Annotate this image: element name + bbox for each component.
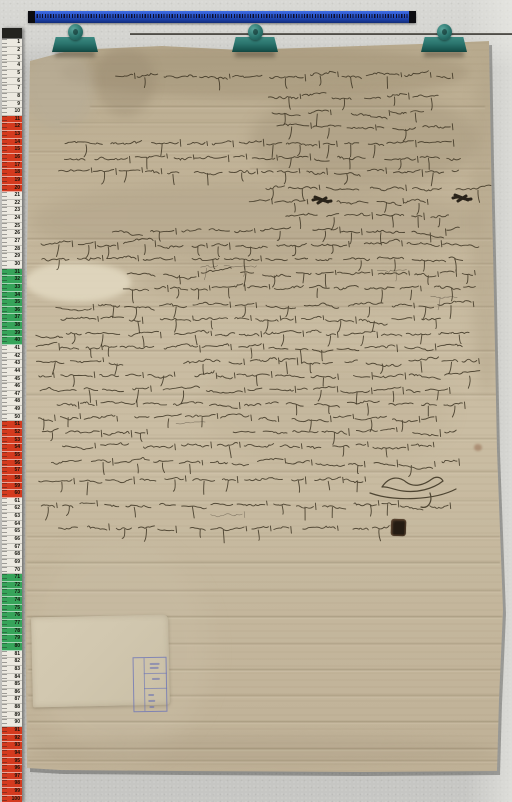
tape-number-cell: 62 bbox=[2, 505, 22, 513]
tape-tick-marks bbox=[2, 589, 7, 596]
tape-number-cell: 88 bbox=[2, 704, 22, 712]
tape-tick-marks bbox=[2, 314, 7, 321]
tape-tick-marks bbox=[2, 253, 7, 260]
tape-tick-marks bbox=[2, 207, 7, 214]
tape-number-cell: 8 bbox=[2, 93, 22, 101]
tape-tick-marks bbox=[2, 544, 7, 551]
stamp-character-mark bbox=[150, 663, 160, 665]
tape-number-cell: 35 bbox=[2, 299, 22, 307]
tape-number-cell: 45 bbox=[2, 376, 22, 384]
tape-tick-marks bbox=[2, 505, 7, 512]
tape-tick-marks bbox=[2, 299, 7, 306]
tape-number-cell: 30 bbox=[2, 261, 22, 269]
ruler-end-cap bbox=[409, 11, 416, 23]
clip-knob bbox=[437, 24, 452, 40]
tape-tick-marks bbox=[2, 101, 7, 108]
tape-tick-marks bbox=[2, 223, 7, 230]
tape-tick-marks bbox=[2, 727, 7, 734]
tape-tick-marks bbox=[2, 666, 7, 673]
tape-number-cell: 33 bbox=[2, 284, 22, 292]
tape-tick-marks bbox=[2, 490, 7, 497]
tape-tick-marks bbox=[2, 780, 7, 787]
stamp-character-mark bbox=[149, 706, 154, 708]
tape-number-cell: 1 bbox=[2, 39, 22, 47]
paper-crease bbox=[26, 394, 497, 397]
tape-number-cell: 58 bbox=[2, 475, 22, 483]
tape-number-cell: 59 bbox=[2, 483, 22, 491]
tape-tick-marks bbox=[2, 513, 7, 520]
tape-tick-marks bbox=[2, 628, 7, 635]
tape-tick-marks bbox=[2, 704, 7, 711]
tape-tick-marks bbox=[2, 788, 7, 795]
tape-tick-marks bbox=[2, 169, 7, 176]
tape-number-cell: 100 bbox=[2, 796, 22, 802]
tape-tick-marks bbox=[2, 689, 7, 696]
tape-tick-marks bbox=[2, 368, 7, 375]
paper-stain bbox=[25, 262, 131, 302]
tape-number-cell: 5 bbox=[2, 70, 22, 78]
tape-number-cell: 95 bbox=[2, 758, 22, 766]
tape-tick-marks bbox=[2, 597, 7, 604]
tape-tick-marks bbox=[2, 391, 7, 398]
tape-number-cell: 74 bbox=[2, 597, 22, 605]
tape-number-cell: 65 bbox=[2, 528, 22, 536]
tape-tick-marks bbox=[2, 383, 7, 390]
tape-number-cell: 83 bbox=[2, 666, 22, 674]
tape-number-cell: 51 bbox=[2, 421, 22, 429]
tape-number-cell: 79 bbox=[2, 635, 22, 643]
tape-number-cell: 53 bbox=[2, 437, 22, 445]
tape-tick-marks bbox=[2, 85, 7, 92]
tape-number-cell: 23 bbox=[2, 207, 22, 215]
tape-tick-marks bbox=[2, 47, 7, 54]
paper-crease bbox=[60, 122, 300, 125]
tape-number-cell: 61 bbox=[2, 498, 22, 506]
tape-number-cell: 37 bbox=[2, 314, 22, 322]
tape-number-cell: 17 bbox=[2, 162, 22, 170]
tape-number-cell: 46 bbox=[2, 383, 22, 391]
tape-number-cell: 34 bbox=[2, 292, 22, 300]
tape-number-cell: 3 bbox=[2, 55, 22, 63]
tape-number-cell: 47 bbox=[2, 391, 22, 399]
tape-number-cell: 22 bbox=[2, 200, 22, 208]
tape-number-cell: 92 bbox=[2, 735, 22, 743]
paper-stain bbox=[200, 350, 450, 470]
tape-tick-marks bbox=[2, 154, 7, 161]
tape-tick-marks bbox=[2, 376, 7, 383]
tape-number-cell: 78 bbox=[2, 628, 22, 636]
tape-tick-marks bbox=[2, 758, 7, 765]
tape-tick-marks bbox=[2, 246, 7, 253]
tape-number-cell: 14 bbox=[2, 139, 22, 147]
tape-tick-marks bbox=[2, 735, 7, 742]
tape-number-cell: 40 bbox=[2, 337, 22, 345]
tape-number-cell: 68 bbox=[2, 551, 22, 559]
tape-number-cell: 6 bbox=[2, 78, 22, 86]
tape-number-cell: 90 bbox=[2, 719, 22, 727]
paper-stain bbox=[28, 182, 483, 262]
tape-number-cell: 16 bbox=[2, 154, 22, 162]
tape-number-cell: 42 bbox=[2, 353, 22, 361]
paper-crease bbox=[26, 263, 494, 266]
tape-tick-marks bbox=[2, 238, 7, 245]
tape-number-cell: 44 bbox=[2, 368, 22, 376]
tape-number-cell: 99 bbox=[2, 788, 22, 796]
tape-tick-marks bbox=[2, 429, 7, 436]
paper-crease bbox=[27, 590, 501, 593]
tape-number-cell: 15 bbox=[2, 146, 22, 154]
tape-tick-marks bbox=[2, 612, 7, 619]
tape-tick-marks bbox=[2, 437, 7, 444]
tape-number-cell: 76 bbox=[2, 612, 22, 620]
paper-stain bbox=[474, 444, 482, 451]
tape-number-cell: 12 bbox=[2, 123, 22, 131]
paper-crease bbox=[27, 562, 500, 565]
tape-number-cell: 77 bbox=[2, 620, 22, 628]
tape-tick-marks bbox=[2, 116, 7, 123]
tape-tick-marks bbox=[2, 177, 7, 184]
tape-tick-marks bbox=[2, 39, 7, 46]
tape-tick-marks bbox=[2, 551, 7, 558]
tape-tick-marks bbox=[2, 284, 7, 291]
paper-crease bbox=[90, 106, 485, 109]
clip-knob bbox=[248, 24, 263, 40]
tape-number-cell: 13 bbox=[2, 131, 22, 139]
tape-tick-marks bbox=[2, 78, 7, 85]
tape-tick-marks bbox=[2, 773, 7, 780]
tape-tick-marks bbox=[2, 559, 7, 566]
tape-number-cell: 66 bbox=[2, 536, 22, 544]
tape-number-cell: 67 bbox=[2, 544, 22, 552]
tape-number-cell: 7 bbox=[2, 85, 22, 93]
tape-number-cell: 27 bbox=[2, 238, 22, 246]
tape-number-cell: 50 bbox=[2, 414, 22, 422]
tape-tick-marks bbox=[2, 337, 7, 344]
photograph-of-manuscript: 1234567891011121314151617181920212223242… bbox=[0, 0, 512, 802]
tape-number-cell: 55 bbox=[2, 452, 22, 460]
tape-number-cell: 60 bbox=[2, 490, 22, 498]
seal-stamp bbox=[391, 519, 407, 537]
tape-tick-marks bbox=[2, 582, 7, 589]
tape-tick-marks bbox=[2, 567, 7, 574]
tape-number-cell: 43 bbox=[2, 360, 22, 368]
tape-tick-marks bbox=[2, 658, 7, 665]
tape-number-cell: 26 bbox=[2, 230, 22, 238]
tape-number-cell: 19 bbox=[2, 177, 22, 185]
tape-tick-marks bbox=[2, 131, 7, 138]
tape-tick-marks bbox=[2, 123, 7, 130]
tape-number-cell: 86 bbox=[2, 689, 22, 697]
tape-tick-marks bbox=[2, 421, 7, 428]
tape-number-cell: 64 bbox=[2, 521, 22, 529]
tape-tick-marks bbox=[2, 414, 7, 421]
tape-tick-marks bbox=[2, 353, 7, 360]
tape-tick-marks bbox=[2, 230, 7, 237]
tape-number-cell: 32 bbox=[2, 276, 22, 284]
tape-number-cell: 54 bbox=[2, 444, 22, 452]
tape-number-cell: 31 bbox=[2, 269, 22, 277]
tape-tick-marks bbox=[2, 674, 7, 681]
tape-tick-marks bbox=[2, 406, 7, 413]
tape-number-cell: 72 bbox=[2, 582, 22, 590]
tape-number-cell: 73 bbox=[2, 589, 22, 597]
paper-crease bbox=[26, 438, 498, 441]
tape-tick-marks bbox=[2, 192, 7, 199]
tape-tick-marks bbox=[2, 269, 7, 276]
stamp-character-mark bbox=[148, 694, 154, 696]
tape-tick-marks bbox=[2, 712, 7, 719]
tape-tick-marks bbox=[2, 345, 7, 352]
paper-crease bbox=[27, 536, 500, 539]
tape-tick-marks bbox=[2, 398, 7, 405]
tape-number-cell: 38 bbox=[2, 322, 22, 330]
paper-crease bbox=[26, 306, 495, 309]
paper-crease bbox=[28, 760, 498, 763]
tape-tick-marks bbox=[2, 696, 7, 703]
stamp-character-mark bbox=[152, 678, 160, 680]
tape-number-cell: 29 bbox=[2, 253, 22, 261]
tape-tick-marks bbox=[2, 93, 7, 100]
tape-tick-marks bbox=[2, 200, 7, 207]
tape-tick-marks bbox=[2, 620, 7, 627]
tape-number-cell: 4 bbox=[2, 62, 22, 70]
tape-number-cell: 87 bbox=[2, 696, 22, 704]
stamp-character-mark bbox=[148, 700, 155, 702]
tape-tick-marks bbox=[2, 498, 7, 505]
tape-number-cell: 93 bbox=[2, 742, 22, 750]
paper-crease bbox=[250, 168, 490, 171]
tape-tick-marks bbox=[2, 444, 7, 451]
library-grid-stamp bbox=[133, 657, 168, 713]
tape-tick-marks bbox=[2, 360, 7, 367]
paper-crease bbox=[26, 238, 492, 241]
vertical-measuring-tape: 1234567891011121314151617181920212223242… bbox=[2, 28, 22, 802]
ruler-tick-marks bbox=[34, 14, 410, 18]
tape-number-cell: 2 bbox=[2, 47, 22, 55]
tape-number-cell: 56 bbox=[2, 460, 22, 468]
tape-tick-marks bbox=[2, 574, 7, 581]
tape-number-cell: 57 bbox=[2, 467, 22, 475]
tape-tick-marks bbox=[2, 651, 7, 658]
tape-tick-marks bbox=[2, 528, 7, 535]
paper-crease bbox=[26, 500, 498, 503]
tape-tick-marks bbox=[2, 643, 7, 650]
binder-clip-left bbox=[52, 24, 98, 58]
tape-tick-marks bbox=[2, 605, 7, 612]
stamp-grid-line bbox=[144, 658, 146, 711]
tape-number-cell: 96 bbox=[2, 765, 22, 773]
tape-number-cell: 70 bbox=[2, 567, 22, 575]
binder-clip-center bbox=[232, 24, 278, 58]
tape-tick-marks bbox=[2, 70, 7, 77]
tape-tick-marks bbox=[2, 475, 7, 482]
tape-tick-marks bbox=[2, 460, 7, 467]
horizontal-blue-ruler bbox=[28, 11, 416, 23]
tape-number-cell: 18 bbox=[2, 169, 22, 177]
tape-number-cell: 97 bbox=[2, 773, 22, 781]
tape-tick-marks bbox=[2, 215, 7, 222]
tape-number-cell: 48 bbox=[2, 398, 22, 406]
tape-head-label bbox=[2, 28, 22, 39]
tape-tick-marks bbox=[2, 261, 7, 268]
tape-tick-marks bbox=[2, 62, 7, 69]
tape-tick-marks bbox=[2, 307, 7, 314]
tape-tick-marks bbox=[2, 292, 7, 299]
tape-number-cell: 82 bbox=[2, 658, 22, 666]
tape-tick-marks bbox=[2, 330, 7, 337]
paper-crease bbox=[28, 721, 500, 724]
tape-number-cell: 24 bbox=[2, 215, 22, 223]
tape-tick-marks bbox=[2, 146, 7, 153]
tape-tick-marks bbox=[2, 635, 7, 642]
tape-tick-marks bbox=[2, 467, 7, 474]
tape-tick-marks bbox=[2, 719, 7, 726]
tape-tick-marks bbox=[2, 139, 7, 146]
paper-crease bbox=[28, 748, 499, 751]
tape-number-cell: 21 bbox=[2, 192, 22, 200]
tape-number-cell: 81 bbox=[2, 651, 22, 659]
tape-number-cell: 25 bbox=[2, 223, 22, 231]
tape-number-cell: 98 bbox=[2, 780, 22, 788]
tape-number-cell: 28 bbox=[2, 246, 22, 254]
tape-tick-marks bbox=[2, 452, 7, 459]
tape-tick-marks bbox=[2, 108, 7, 115]
tape-tick-marks bbox=[2, 536, 7, 543]
tape-number-cell: 84 bbox=[2, 674, 22, 682]
tape-number-cell: 39 bbox=[2, 330, 22, 338]
tape-tick-marks bbox=[2, 483, 7, 490]
clip-knob bbox=[68, 24, 83, 40]
tape-tick-marks bbox=[2, 276, 7, 283]
tape-number-cell: 63 bbox=[2, 513, 22, 521]
tape-number-cell: 20 bbox=[2, 185, 22, 193]
tape-tick-marks bbox=[2, 55, 7, 62]
tape-tick-marks bbox=[2, 796, 7, 802]
tape-tick-marks bbox=[2, 162, 7, 169]
tape-tick-marks bbox=[2, 681, 7, 688]
tape-number-cell: 75 bbox=[2, 605, 22, 613]
tape-tick-marks bbox=[2, 322, 7, 329]
tape-number-cell: 80 bbox=[2, 643, 22, 651]
tape-number-cell: 10 bbox=[2, 108, 22, 116]
tape-number-cell: 71 bbox=[2, 574, 22, 582]
tape-number-cell: 89 bbox=[2, 712, 22, 720]
tape-tick-marks bbox=[2, 750, 7, 757]
tape-number-cell: 41 bbox=[2, 345, 22, 353]
tape-number-cell: 85 bbox=[2, 681, 22, 689]
tape-tick-marks bbox=[2, 742, 7, 749]
paper-crease bbox=[26, 350, 496, 353]
tape-number-cell: 69 bbox=[2, 559, 22, 567]
stamp-character-mark bbox=[150, 667, 159, 669]
paper-crease bbox=[26, 471, 498, 474]
tape-number-cell: 94 bbox=[2, 750, 22, 758]
tape-number-cell: 36 bbox=[2, 307, 22, 315]
binder-clip-right bbox=[421, 24, 467, 58]
stamp-grid-line bbox=[144, 688, 167, 689]
tape-number-cell: 91 bbox=[2, 727, 22, 735]
tape-number-cell: 52 bbox=[2, 429, 22, 437]
tape-tick-marks bbox=[2, 765, 7, 772]
tape-number-cell: 49 bbox=[2, 406, 22, 414]
tape-tick-marks bbox=[2, 185, 7, 192]
tape-number-cell: 9 bbox=[2, 101, 22, 109]
stamp-grid-line bbox=[144, 673, 167, 674]
paper-crease bbox=[28, 151, 230, 154]
tape-number-cell: 11 bbox=[2, 116, 22, 124]
tape-tick-marks bbox=[2, 521, 7, 528]
